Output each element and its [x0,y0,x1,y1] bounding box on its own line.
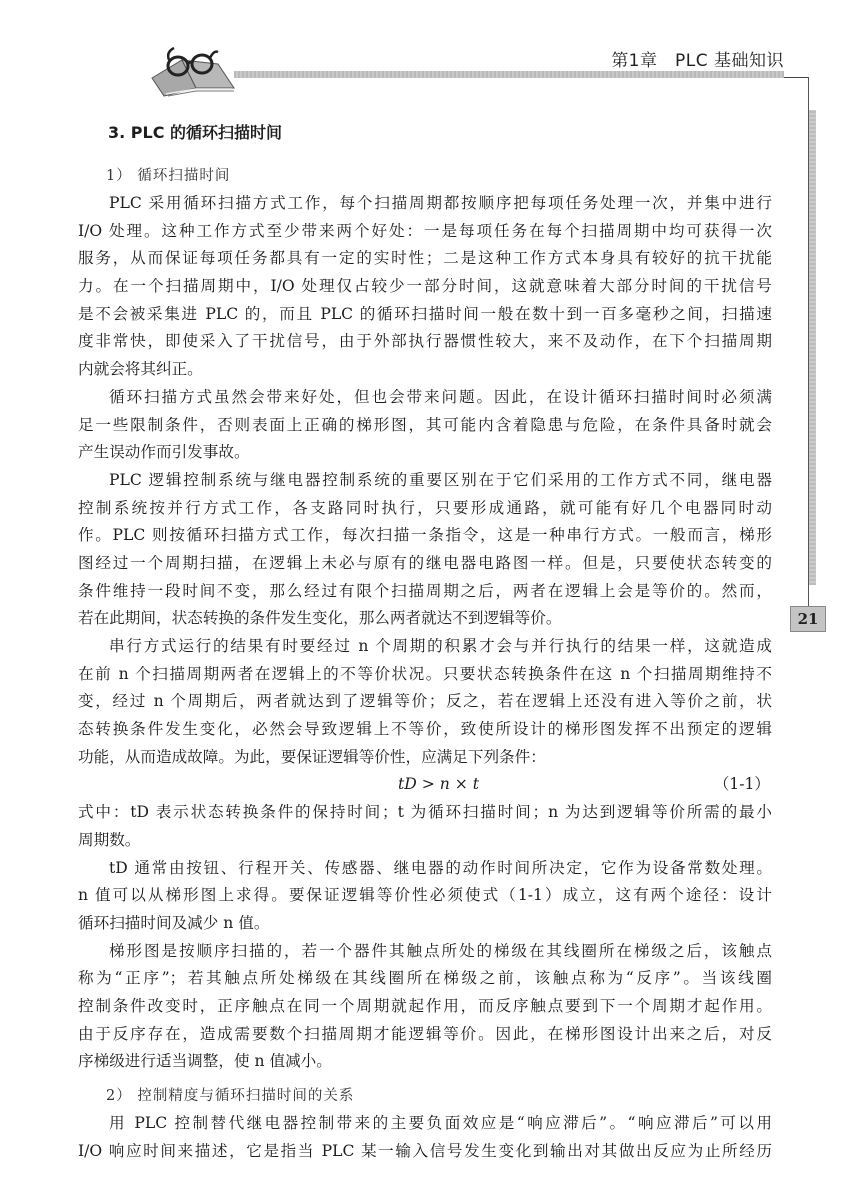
text-line: 循环扫描时间及减少 n 值。 [78,910,772,938]
text-line: 称为“正序”；若其触点所处梯级在其线圈所在梯级之前，该触点称为“反序”。当该线圈 [78,965,772,993]
text-line: 若在此期间，状态转换的条件发生变化，那么两者就达不到逻辑等价。 [78,605,772,633]
book-page: 第1章 PLC 基础知识 21 3. PLC 的循环扫描时间 1） 循环扫描时间… [0,0,848,1195]
text-line: n 值可以从梯形图上求得。要保证逻辑等价性必须使式（1-1）成立，这有两个途径：… [78,882,772,910]
text-line: 变，经过 n 个周期后，两者就达到了逻辑等价；反之，若在逻辑上还没有进入等价之前… [78,688,772,716]
text-line: 度非常快，即使采入了干扰信号，由于外部执行器惯性较大，来不及动作，在下个扫描周期 [78,328,772,356]
page-content: 3. PLC 的循环扫描时间 1） 循环扫描时间 PLC 采用循环扫描方式工作，… [78,118,772,1165]
text-line: 作。PLC 则按循环扫描方式工作，每次扫描一条指令，这是一种串行方式。一般而言，… [78,522,772,550]
text-line: 产生误动作而引发事故。 [78,439,772,467]
text-line: 用 PLC 控制替代继电器控制带来的主要负面效应是“响应滞后”。“响应滞后”可以… [78,1110,772,1138]
text-line: 服务，从而保证每项任务都具有一定的实时性；二是这种工作方式本身具有较好的抗干扰能 [78,245,772,273]
text-line: 条件维持一段时间不变，那么经过有限个扫描周期之后，两者在逻辑上会是等价的。然而， [78,578,772,606]
side-band [809,110,816,585]
equation: tD > n × t （1-1） [78,771,772,799]
text-line: 内就会将其纠正。 [78,356,772,384]
text-line: 控制系统按并行方式工作，各支路同时执行，只要形成通路，就可能有好几个电器同时动 [78,495,772,523]
book-with-glasses-icon [148,44,240,98]
section-heading: 3. PLC 的循环扫描时间 [108,118,772,148]
text-line: 足一些限制条件，否则表面上正确的梯形图，其可能内含着隐患与危险，在条件具备时就会 [78,412,772,440]
text-line: 态转换条件发生变化，必然会导致逻辑上不等价，致使所设计的梯形图发挥不出预定的逻辑 [78,716,772,744]
text-line: I/O 响应时间来描述，它是指当 PLC 某一输入信号发生变化到输出对其做出反应… [78,1138,772,1166]
text-line: 周期数。 [78,827,772,855]
text-line: PLC 采用循环扫描方式工作，每个扫描周期都按顺序把每项任务处理一次，并集中进行 [78,190,772,218]
text-line: 功能，从而造成故障。为此，要保证逻辑等价性，应满足下列条件： [78,744,772,772]
equation-expression: tD > n × t [398,771,479,799]
paragraph-block: 用 PLC 控制替代继电器控制带来的主要负面效应是“响应滞后”。“响应滞后”可以… [78,1110,772,1165]
equation-number: （1-1） [714,771,770,799]
text-line: 在前 n 个扫描周期两者在逻辑上的不等价状况。只要状态转换条件在这 n 个扫描周… [78,661,772,689]
text-line: 序梯级进行适当调整，使 n 值减小。 [78,1048,772,1076]
text-line: I/O 处理。这种工作方式至少带来两个好处：一是每项任务在每个扫描周期中均可获得… [78,218,772,246]
paragraph-block: PLC 采用循环扫描方式工作，每个扫描周期都按顺序把每项任务处理一次，并集中进行… [78,190,772,1076]
text-line: tD 通常由按钮、行程开关、传感器、继电器的动作时间所决定，它作为设备常数处理。 [78,855,772,883]
text-line: 式中：tD 表示状态转换条件的保持时间；t 为循环扫描时间；n 为达到逻辑等价所… [78,799,772,827]
text-line: 图经过一个周期扫描，在逻辑上未必与原有的继电器电路图一样。但是，只要使状态转变的 [78,550,772,578]
header-rule [784,77,809,78]
text-line: 循环扫描方式虽然会带来好处，但也会带来问题。因此，在设计循环扫描时间时必须满 [78,384,772,412]
chapter-title: 第1章 PLC 基础知识 [611,46,784,71]
text-line: PLC 逻辑控制系统与继电器控制系统的重要区别在于它们采用的工作方式不同，继电器 [78,467,772,495]
text-line: 由于反序存在，造成需要数个扫描周期才能逻辑等价。因此，在梯形图设计出来之后，对反 [78,1021,772,1049]
text-line: 控制条件改变时，正序触点在同一个周期就起作用，而反序触点要到下一个周期才起作用。 [78,993,772,1021]
text-line: 力。在一个扫描周期中，I/O 处理仅占较少一部分时间，这就意味着大部分时间的干扰… [78,273,772,301]
subsection-heading: 1） 循环扫描时间 [106,162,772,190]
text-line: 是不会被采集进 PLC 的，而且 PLC 的循环扫描时间一般在数十到一百多毫秒之… [78,301,772,329]
text-line: 串行方式运行的结果有时要经过 n 个周期的积累才会与并行执行的结果一样，这就造成 [78,633,772,661]
page-number: 21 [790,606,826,632]
header-band [234,71,784,78]
text-line: 梯形图是按顺序扫描的，若一个器件其触点所处的梯级在其线圈所在梯级之后，该触点 [78,938,772,966]
subsection-heading: 2） 控制精度与循环扫描时间的关系 [106,1082,772,1110]
